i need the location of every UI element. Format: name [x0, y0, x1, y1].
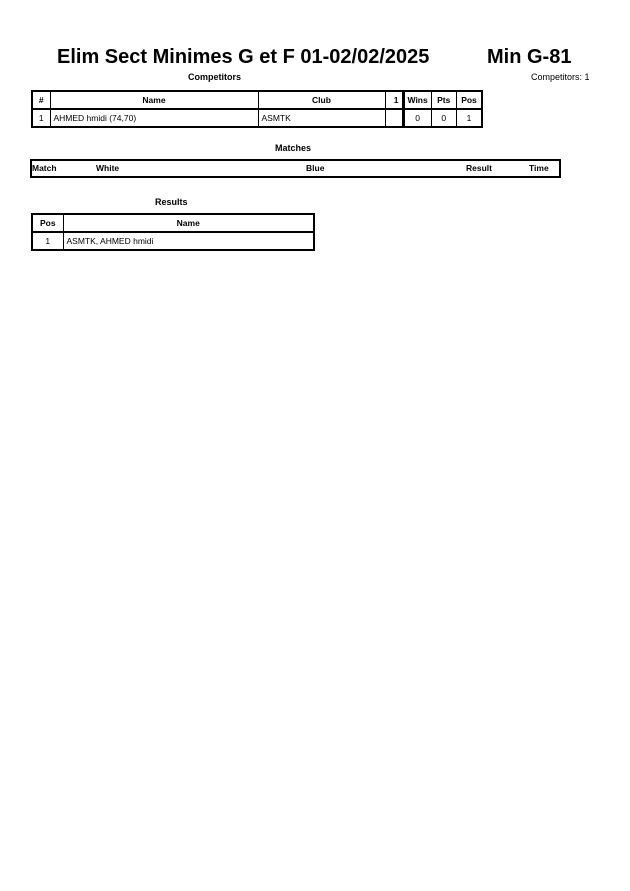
result-name: ASMTK, AHMED hmidi [63, 232, 314, 250]
col-round-1: 1 [385, 91, 403, 109]
results-header-row: Pos Name [32, 214, 314, 232]
competitor-club: ASMTK [258, 109, 385, 127]
competitors-heading: Competitors [188, 72, 241, 82]
col-match: Match [31, 160, 96, 177]
competitors-count: Competitors: 1 [531, 72, 590, 82]
results-table: Pos Name 1 ASMTK, AHMED hmidi [31, 213, 315, 251]
competitor-number: 1 [32, 109, 50, 127]
category-title: Min G-81 [487, 44, 571, 70]
competitor-round-1 [385, 109, 403, 127]
col-result-name: Name [63, 214, 314, 232]
event-title: Elim Sect Minimes G et F 01-02/02/2025 [57, 44, 429, 70]
table-row: 1 AHMED hmidi (74,70) ASMTK 0 0 1 [32, 109, 482, 127]
col-pos: Pos [456, 91, 482, 109]
col-blue: Blue [306, 160, 466, 177]
matches-header-row: Match White Blue Result Time [31, 160, 560, 177]
competitor-pos: 1 [456, 109, 482, 127]
col-time: Time [529, 160, 560, 177]
col-pts: Pts [431, 91, 456, 109]
competitor-wins: 0 [403, 109, 431, 127]
col-result-pos: Pos [32, 214, 63, 232]
col-name: Name [50, 91, 258, 109]
col-result: Result [466, 160, 529, 177]
table-row: 1 ASMTK, AHMED hmidi [32, 232, 314, 250]
matches-heading: Matches [275, 143, 311, 153]
competitors-table: # Name Club 1 Wins Pts Pos 1 AHMED hmidi… [31, 90, 483, 128]
competitor-pts: 0 [431, 109, 456, 127]
col-club: Club [258, 91, 385, 109]
competitor-name: AHMED hmidi (74,70) [50, 109, 258, 127]
matches-table: Match White Blue Result Time [30, 159, 561, 178]
col-wins: Wins [403, 91, 431, 109]
competitors-header-row: # Name Club 1 Wins Pts Pos [32, 91, 482, 109]
col-number: # [32, 91, 50, 109]
result-pos: 1 [32, 232, 63, 250]
col-white: White [96, 160, 306, 177]
results-heading: Results [155, 197, 188, 207]
